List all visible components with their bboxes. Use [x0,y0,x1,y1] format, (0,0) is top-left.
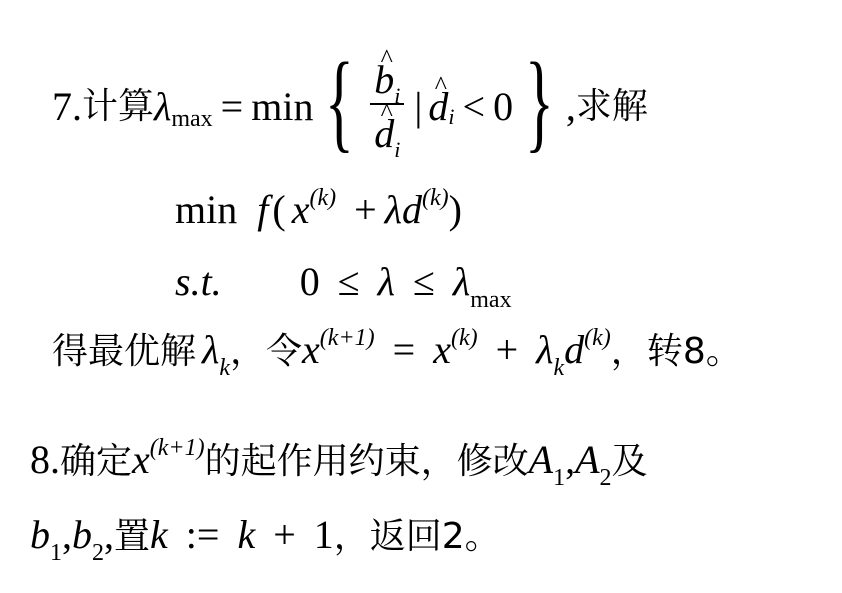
d-variable: d [402,187,422,232]
matrix-A: A [529,437,553,482]
min-operator: min [175,187,237,232]
lambda-symbol: λ [378,259,395,304]
such-that-bar: | [414,87,422,127]
k-superscript: (k) [309,185,336,211]
matrix-A: A [575,437,599,482]
x-variable: x [292,187,310,232]
k-subscript: k [554,355,565,381]
step7-line: 7. 计算 λmax = min { bi di | di < 0 } , 求解 [52,52,648,162]
k-superscript: (k) [584,325,611,351]
lambda-symbol: λ [536,327,553,372]
set-text: 置 [114,516,150,557]
active-constraints-text: 的起作用约束，修改 [205,441,529,482]
step8-number: 8. [30,437,60,482]
k-variable: k [237,512,255,557]
min-operator: min [251,87,313,127]
d-hat: d [374,113,394,155]
lambda-symbol: λ [202,327,219,372]
equals-sign: = [221,87,244,127]
goto-step8-text: 转8。 [647,331,742,372]
comma-cn: ， [230,331,266,372]
objective-line: min f(x(k) +λd(k)) [175,190,462,230]
lambda-symbol: λ [154,87,171,127]
lambda-symbol: λ [453,259,470,304]
k-superscript: (k) [451,325,478,351]
comma: , [566,87,576,127]
left-paren: ( [272,187,285,232]
step7-verb: 计算 [82,89,154,125]
less-equal-sign: ≤ [413,259,435,304]
vector-b: b [72,512,92,557]
max-subscript: max [470,287,511,313]
k-subscript: k [219,355,230,381]
fraction-denominator: di [370,105,404,155]
optimal-solution-text: 得最优解 [52,331,196,372]
step7-number: 7. [52,87,82,127]
k-plus-1-superscript: (k+1) [150,435,205,461]
less-than-sign: < [463,87,486,127]
vector-b: b [30,512,50,557]
subscript-1: 1 [50,540,62,566]
let-text: 令 [266,331,302,372]
subscript-2: 2 [92,540,104,566]
step8-line-1: 8.确定x(k+1)的起作用约束，修改A1,A2及 [30,440,648,480]
lambda-symbol: λ [385,187,402,232]
comma-cn: ， [611,331,647,372]
result-line: 得最优解λk，令x(k+1) = x(k) + λkd(k)，转8。 [52,330,742,370]
comma: , [565,437,575,482]
zero-value: 0 [493,87,513,127]
index-i: i [448,106,454,128]
one-value: 1 [314,512,334,557]
equals-sign: = [393,327,416,372]
index-i: i [394,83,400,108]
index-i: i [394,137,400,162]
zero-value: 0 [300,259,320,304]
assign-sign: := [186,512,220,557]
plus-sign: + [496,327,519,372]
max-subscript: max [171,107,212,131]
k-plus-1-superscript: (k+1) [320,325,375,351]
constraint-line: s.t. 0 ≤ λ ≤ λmax [175,262,512,302]
right-paren: ) [449,187,462,232]
comma: , [62,512,72,557]
step8-line-2: b1,b2,置k := k + 1，返回2。 [30,515,501,555]
x-variable: x [132,437,150,482]
b-hat: b [374,59,394,101]
right-brace: } [525,46,554,156]
plus-sign: + [273,512,296,557]
subscript-1: 1 [553,465,565,491]
function-f: f [257,187,268,232]
less-equal-sign: ≤ [338,259,360,304]
x-variable: x [302,327,320,372]
k-variable: k [150,512,168,557]
k-superscript: (k) [422,185,449,211]
x-variable: x [433,327,451,372]
subscript-2: 2 [600,465,612,491]
return-step2-text: ，返回2。 [334,516,501,557]
d-variable: d [564,327,584,372]
solve-text: 求解 [576,89,648,125]
determine-text: 确定 [60,441,132,482]
and-text: 及 [612,441,648,482]
subject-to-label: s.t. [175,259,222,304]
d-hat: d [428,87,448,127]
ratio-fraction: bi di [370,59,404,155]
comma: , [104,512,114,557]
left-brace: { [325,46,354,156]
plus-sign: + [354,187,377,232]
